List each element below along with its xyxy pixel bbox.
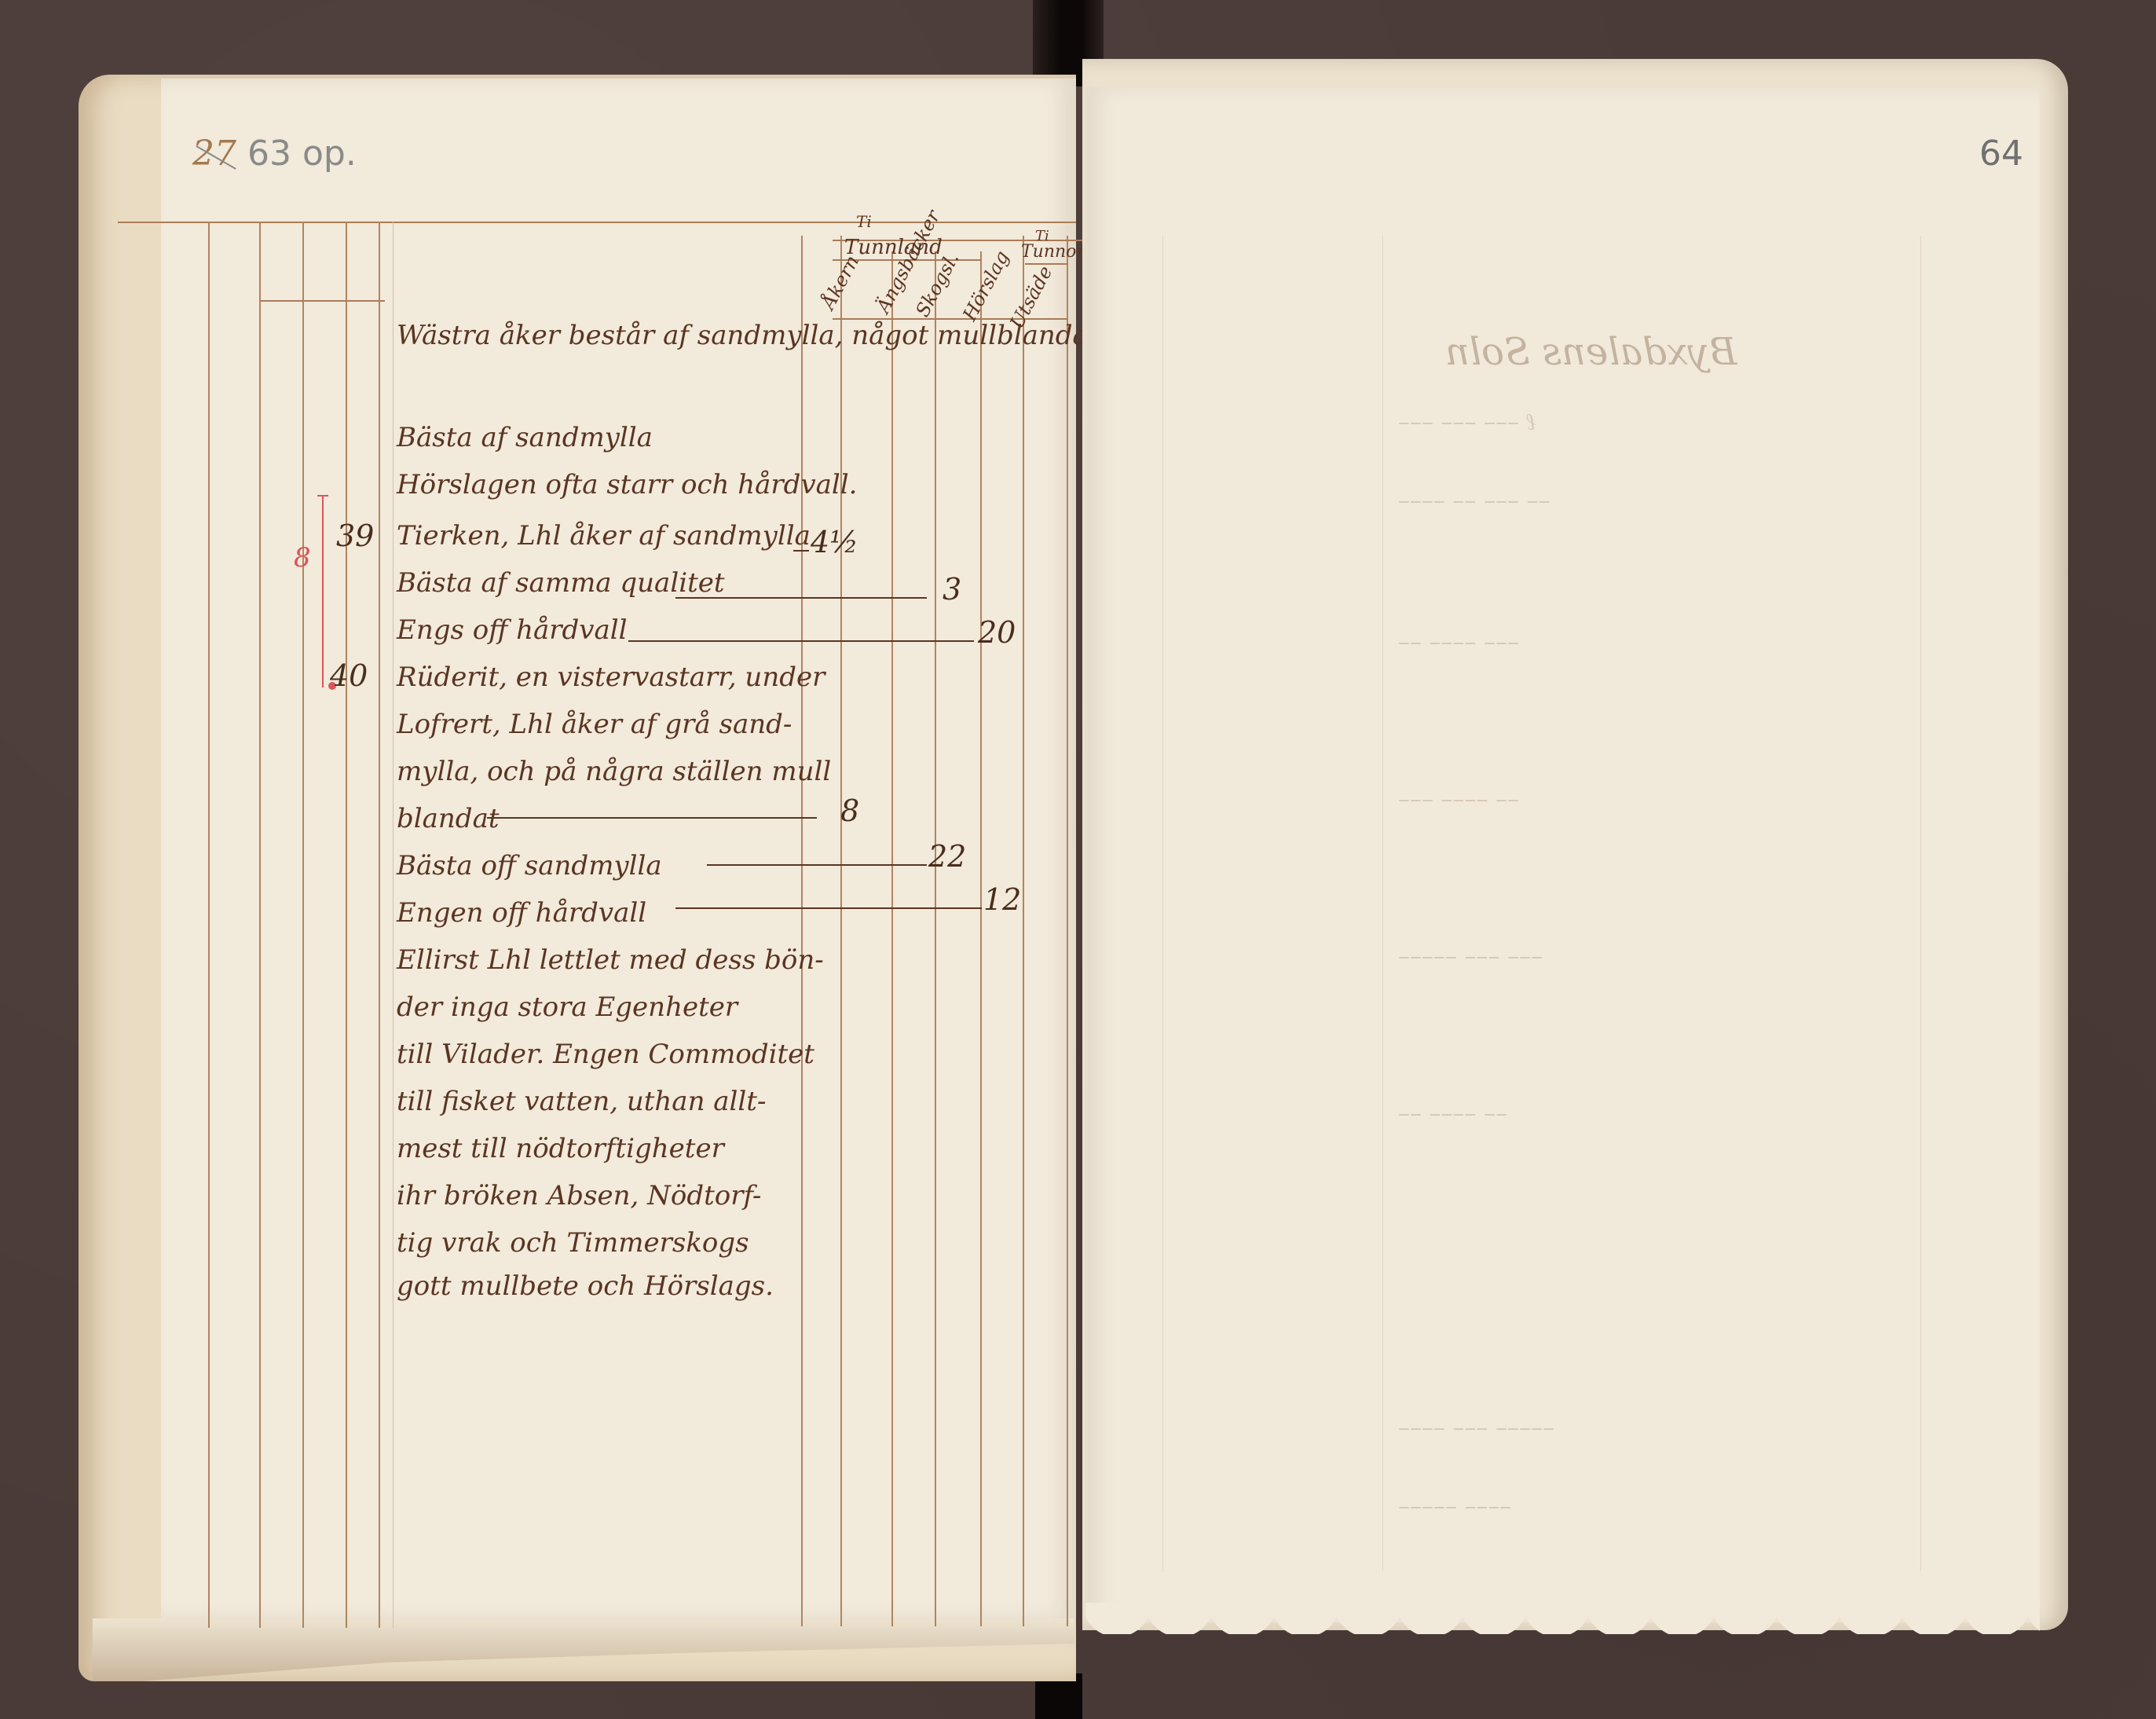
text-line: till Vilader. Engen Commoditet [397, 1041, 814, 1068]
text-line: blandat [397, 805, 500, 832]
row-number-39: 39 [336, 519, 374, 553]
folio-number-ink: 27 [192, 134, 236, 174]
text-line: mylla, och på några ställen mull [397, 758, 831, 785]
amount-col-rule-2 [840, 236, 842, 1626]
margin-rule-3 [302, 222, 304, 1628]
leader-line [675, 597, 927, 599]
text-line: Bästa af sandmylla [397, 424, 653, 451]
amount-col-rule-3 [891, 251, 893, 1626]
row-number-40: 40 [330, 658, 368, 693]
amount-col-rule-7 [1067, 236, 1068, 1626]
text-line: Lofrert, Lhl åker af grå sand- [397, 711, 792, 738]
leader-line [487, 817, 817, 819]
ghost-line: ––––– ––– –––– [1398, 1414, 1554, 1442]
amount-col-rule-5 [980, 251, 982, 1626]
leader-line [628, 640, 974, 642]
folio-number-pencil: 63 op. [247, 134, 357, 174]
ghost-line: ––– ––– ––––– [1398, 943, 1543, 970]
text-line: Engs off hårdvall [397, 617, 628, 643]
ghost-rule [1920, 236, 1921, 1571]
bleed-through-title: Byxdalens Soln [1445, 330, 1737, 374]
margin-header-rule [259, 300, 385, 302]
header-group1-prefix: Ti [856, 212, 872, 231]
text-line: Bästa af samma qualitet [397, 570, 725, 596]
text-line: Wästra åker består af sandmylla, något m… [397, 322, 1107, 349]
text-line: Hörslagen ofta starr och hårdvall. [397, 471, 857, 498]
ghost-rule [1382, 236, 1383, 1571]
amount-value: 4½ [811, 525, 858, 559]
right-page-wavy-edge [1085, 1603, 2040, 1634]
text-line: tig vrak och Timmerskogs [397, 1230, 749, 1256]
text-line: Engen off hårdvall [397, 900, 646, 926]
amount-col-rule-1 [801, 236, 803, 1626]
margin-rule-2 [259, 222, 261, 1628]
margin-rule-1 [208, 222, 210, 1628]
text-line: Bästa off sandmylla [397, 852, 662, 879]
leader-line [793, 550, 809, 552]
ghost-line: –– –––– ––– [1398, 786, 1519, 813]
ghost-line: –– –––– –– [1398, 1100, 1507, 1127]
text-line: till fisket vatten, uthan allt- [397, 1088, 766, 1115]
header-group2-label: Tunnor [1021, 242, 1085, 262]
text-line: mest till nödtorftigheter [397, 1135, 724, 1162]
margin-rule-4 [346, 222, 347, 1628]
amount-col-rule-6 [1023, 236, 1024, 1626]
amount-value: 3 [943, 572, 961, 607]
ghost-rule [1162, 236, 1163, 1571]
amount-value: 8 [840, 794, 859, 828]
red-bracket-label: 8 [294, 542, 311, 574]
text-line: Rüderit, en vistervastarr, under [397, 664, 825, 691]
amount-col-rule-4 [935, 251, 936, 1626]
leader-line [675, 907, 982, 909]
text-line: gott mullbete och Hörslags. [397, 1273, 774, 1299]
amount-value: 20 [978, 615, 1016, 650]
header-group2-rule [1025, 263, 1068, 265]
margin-rule-5 [379, 222, 380, 1628]
text-line: Tierken, Lhl åker af sandmylla [397, 522, 811, 549]
right-page [1085, 86, 2040, 1622]
amount-value: 22 [928, 839, 966, 874]
red-bracket [322, 495, 324, 687]
amount-value: 12 [983, 882, 1021, 917]
ghost-line: ℓ ––– ––– ––– [1398, 409, 1536, 436]
text-line: der inga stora Egenheter [397, 994, 738, 1021]
ghost-line: ––– –––– –– [1398, 629, 1519, 656]
text-margin-rule [393, 222, 393, 1628]
ghost-line: –––– ––––– [1398, 1493, 1512, 1520]
page-number-pencil: 64 [1979, 134, 2023, 174]
leader-line [707, 864, 927, 866]
text-line: ihr bröken Absen, Nödtorf- [397, 1182, 761, 1209]
text-line: Ellirst Lhl lettlet med dess bön- [397, 947, 824, 973]
ghost-line: –– ––– –– –––– [1398, 487, 1550, 515]
